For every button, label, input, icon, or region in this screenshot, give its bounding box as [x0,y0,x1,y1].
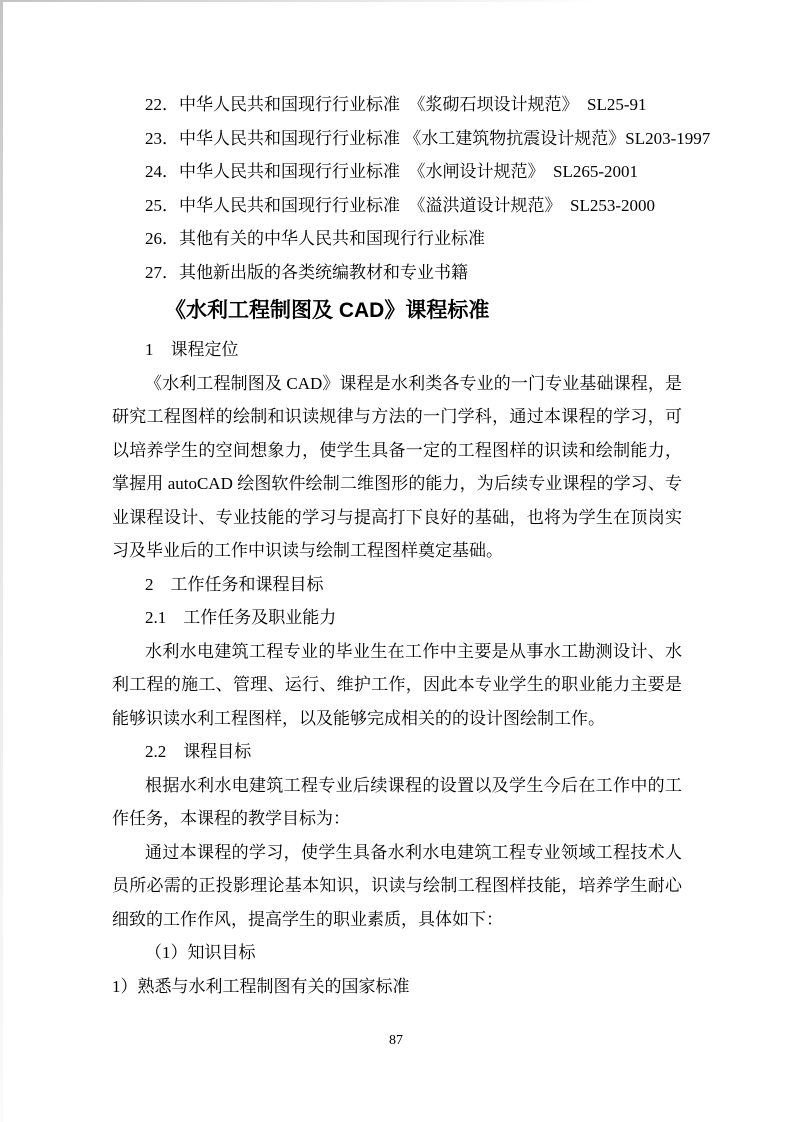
standard-item: 26．其他有关的中华人民共和国现行行业标准 [112,222,682,256]
course-goal-paragraph-2: 通过本课程的学习，使学生具备水利水电建筑工程专业领域工程技术人员所必需的正投影理… [112,836,682,937]
section-2-1-paragraph: 水利水电建筑工程专业的毕业生在工作中主要是从事水工勘测设计、水利工程的施工、管理… [112,635,682,736]
standard-item: 22．中华人民共和国现行行业标准 《浆砌石坝设计规范》 SL25-91 [112,88,682,122]
document-page: 22．中华人民共和国现行行业标准 《浆砌石坝设计规范》 SL25-91 23．中… [0,0,792,1122]
course-goal-paragraph-1: 根据水利水电建筑工程专业后续课程的设置以及学生今后在工作中的工作任务，本课程的教… [112,769,682,836]
knowledge-goal-item-1: 1）熟悉与水利工程制图有关的国家标准 [112,970,682,1004]
page-content: 22．中华人民共和国现行行业标准 《浆砌石坝设计规范》 SL25-91 23．中… [112,88,682,1003]
standard-item: 25．中华人民共和国现行行业标准 《溢洪道设计规范》 SL253-2000 [112,189,682,223]
section-1-heading: 1 课程定位 [112,333,682,367]
page-edge-left-shadow [0,0,3,1122]
section-1-paragraph: 《水利工程制图及 CAD》课程是水利类各专业的一门专业基础课程，是研究工程图样的… [112,367,682,568]
section-2-2-heading: 2.2 课程目标 [112,735,682,769]
standard-item: 23．中华人民共和国现行行业标准 《水工建筑物抗震设计规范》SL203-1997 [112,122,682,156]
knowledge-goal-label: （1）知识目标 [112,936,682,970]
section-2-heading: 2 工作任务和课程目标 [112,568,682,602]
page-edge-top-shadow [0,0,792,2]
section-2-1-heading: 2.1 工作任务及职业能力 [112,601,682,635]
standard-item: 24．中华人民共和国现行行业标准 《水闸设计规范》 SL265-2001 [112,155,682,189]
standards-list: 22．中华人民共和国现行行业标准 《浆砌石坝设计规范》 SL25-91 23．中… [112,88,682,289]
course-standard-title: 《水利工程制图及 CAD》课程标准 [112,289,682,333]
page-number: 87 [0,1031,792,1051]
standard-item: 27．其他新出版的各类统编教材和专业书籍 [112,256,682,290]
